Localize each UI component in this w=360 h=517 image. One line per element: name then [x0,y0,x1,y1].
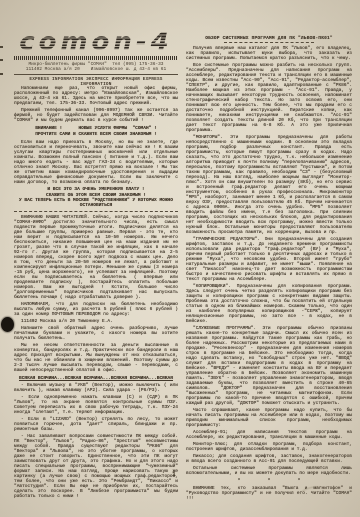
attention-banner-line-1: ВНИМАНИЕ ! НОВЫЕ УСЛУГИ ФИРМЫ "СОМАН" ! [14,126,178,131]
newsletter-logo: comon-4 [14,30,178,54]
paragraph-moscow-services: Если вам надо приехать в Москву, но вы н… [14,140,178,185]
slogan-line-3: У ВАС ТЕПЕРЬ ЕСТЬ В МОСКВЕ "РОДСТВЕННИКИ… [14,198,178,208]
paragraph-subscription: НАПОМИНАЕМ, что для подписки на бюллетен… [14,302,178,317]
misc-item: - Включив музыку в "УКВ" (Вектор), можно… [14,383,178,393]
program-list-item: Монитор-плюс; для отладки программ, подб… [186,442,352,452]
review-paragraph: Часто спрашивают, какие программы надо к… [186,408,352,428]
masthead-rule [14,74,178,75]
paragraph-rest-programs: Остальные системные программы являются л… [186,466,352,476]
scanned-newsletter-page: comon-4 Микро-бюллетень фирмы "СОМАН" те… [0,0,360,517]
misc-section-heading: ВСЯКАЯ ВСЯЧИНА...ВСЯКАЯ ВСЯЧИНА...ВСЯКАЯ… [14,376,178,381]
review-paragraph: Все системные программы можно разбить на… [186,63,352,133]
attention-banner-line-2: ПРОЧТИТЕ САМИ И СКАЖИТЕ ВСЕМ СВОИМ ЗНАКО… [14,132,178,137]
scan-edge-artifact [0,73,3,75]
misc-item: - Если одновременно нажать клавиши (С) и… [14,395,178,415]
scan-edge-artifact [0,46,3,48]
star-separator: * * * [186,478,352,484]
right-column: ОБЗОР СИСТЕМНЫХ ПРОГРАММ ДЛЯ ПК "ЛЬВОВ-П… [186,36,352,503]
heading-underline [224,42,314,43]
paragraph-phone-modem: Прежний телефонный канал (996-8997) так … [14,108,178,123]
paragraph-readers-notice: ВНИМАНИЮ НАШИХ ЧИТАТЕЛЕЙ. Сейчас, когда … [14,215,178,300]
review-paragraph: "ГРАФИЧЕСКИЕ РЕДАКТОРЫ". Они предназначе… [186,237,352,282]
left-column: Напоминаем еще раз, что открыт новый офи… [14,86,178,501]
program-list-item: Пикассо; для создания шрифтов, заставок,… [186,454,352,464]
review-paragraph: "МОНИТОРЫ". Эти программы предназначены … [186,135,352,235]
hole-punch-mark [1,317,14,332]
section-divider [14,211,178,212]
program-list-item: Ассемблер-91; для написания текстов прог… [186,430,352,440]
masthead-byline-2: 111402 Москва а/я 20 Измайловское ш. д 4… [14,67,178,72]
page-number: 1 [166,471,182,478]
review-paragraph: "КОПИРОВЩИКИ". Предназначены для копиров… [186,284,352,324]
review-paragraph: Получив впервые наш каталог для ПК "Льво… [186,46,352,61]
subscription-address: 111402 Москва а/я 20 Тимонину Е.А. [14,319,178,324]
misc-item: - Если в "LIZARD" (Вектор) стрелять по л… [14,417,178,432]
misc-item: - Нас заваливают вопросами совместимости… [14,434,178,499]
paragraph-return-address: Напишите свой обратный адрес очень разбо… [14,326,178,341]
paragraph-new-office: Напоминаем еще раз, что открыт новый офи… [14,86,178,106]
scan-edge-artifact [0,59,3,61]
masthead: comon-4 Микро-бюллетень фирмы "СОМАН" те… [14,29,178,87]
decorative-stripe-bar [14,56,178,60]
paragraph-final-notice: ВНИМАНИЕ тех, кто заказывал "Вьюга и маг… [186,486,352,501]
paragraph-money-warning: Мы не несем ответственности за деньги вы… [14,343,178,373]
review-paragraph: "СЛУЖЕБНЫЕ ПРОГРАММЫ". Эти программы обы… [186,326,352,406]
review-article-heading: ОБЗОР СИСТЕМНЫХ ПРОГРАММ ДЛЯ ПК "ЛЬВОВ-П… [186,36,352,41]
